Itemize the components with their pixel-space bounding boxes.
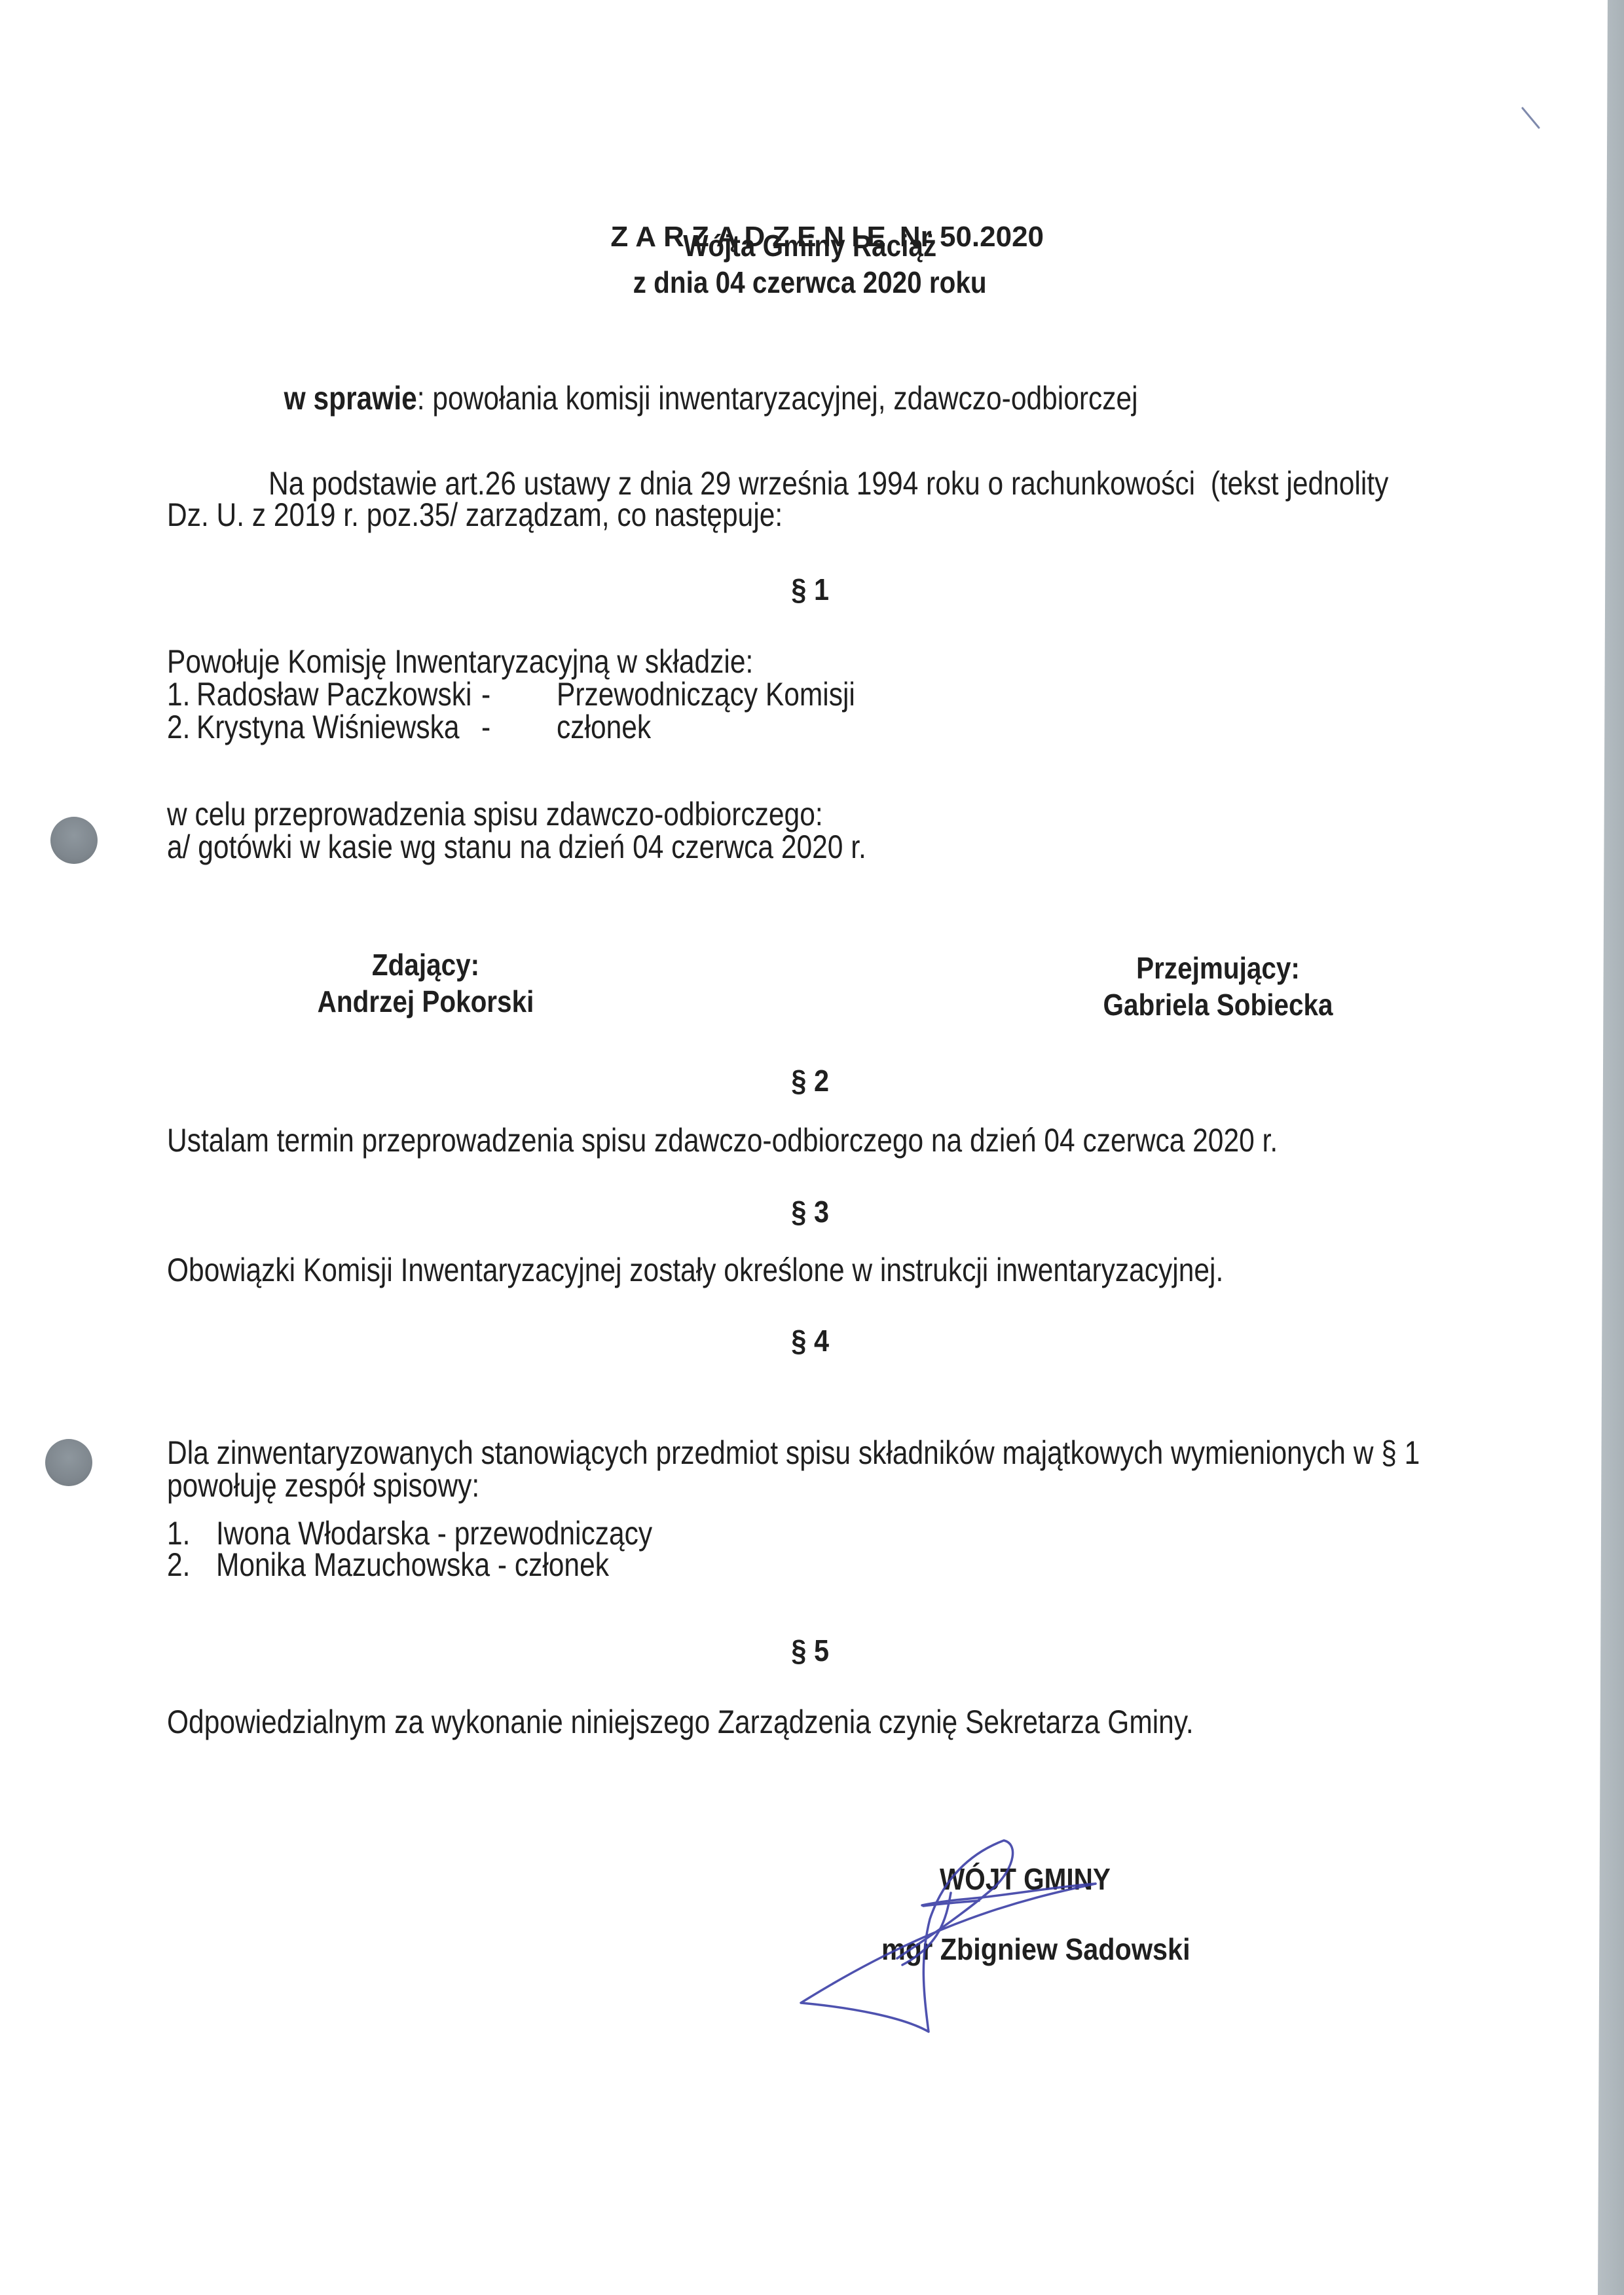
member-number: 2.: [167, 711, 190, 743]
section-4-text-line-2: powołuję zespół spisowy:: [167, 1469, 479, 1502]
section-4-text-line-1: Dla zinwentaryzowanych stanowiących prze…: [167, 1436, 1420, 1469]
section-1-heading: § 1: [79, 574, 1541, 605]
handover-receiver: Przejmujący: Gabriela Sobiecka: [1067, 953, 1369, 1020]
member-role: członek: [557, 711, 651, 743]
punch-hole-top: [50, 817, 98, 864]
member-name: Krystyna Wiśniewska: [196, 711, 459, 743]
scanner-edge-band: [1598, 0, 1624, 2295]
member-role: Przewodniczący Komisji: [557, 678, 855, 711]
giver-label: Zdający:: [304, 950, 547, 980]
signer-name: mgr Zbigniew Sadowski: [881, 1934, 1190, 1964]
signature-title: WÓJT GMINY: [940, 1864, 1111, 1894]
subject-separator: :: [417, 380, 425, 417]
punch-hole-bottom: [45, 1439, 92, 1486]
date-line: z dnia 04 czerwca 2020 roku: [95, 267, 1524, 297]
issuer-line: Wójta Gminy Raciąż: [95, 231, 1524, 261]
section-5-heading: § 5: [79, 1635, 1541, 1666]
section-2-heading: § 2: [79, 1066, 1541, 1096]
handover-giver: Zdający: Andrzej Pokorski: [288, 950, 563, 1017]
subject-label: w sprawie: [284, 380, 417, 417]
team-text: Monika Mazuchowska - członek: [216, 1548, 609, 1581]
member-dash: -: [481, 711, 490, 743]
purpose-line-2: a/ gotówki w kasie wg stanu na dzień 04 …: [167, 830, 866, 863]
section-5-text: Odpowiedzialnym za wykonanie niniejszego…: [167, 1706, 1194, 1738]
team-text: Iwona Włodarska - przewodniczący: [216, 1517, 652, 1550]
section-4-heading: § 4: [79, 1326, 1541, 1356]
stray-pen-mark: [1519, 105, 1545, 131]
subject-line: w sprawie: powołania komisji inwentaryza…: [268, 349, 1138, 415]
legal-basis-line-1: Na podstawie art.26 ustawy z dnia 29 wrz…: [268, 467, 1388, 500]
receiver-name: Gabriela Sobiecka: [1086, 990, 1351, 1020]
giver-name: Andrzej Pokorski: [304, 986, 547, 1017]
section-2-text: Ustalam termin przeprowadzenia spisu zda…: [167, 1124, 1278, 1157]
subject-text: powołania komisji inwentaryzacyjnej, zda…: [425, 380, 1138, 417]
team-number: 2.: [167, 1548, 190, 1581]
section-3-text: Obowiązki Komisji Inwentaryzacyjnej zost…: [167, 1254, 1223, 1286]
team-number: 1.: [167, 1517, 190, 1550]
member-dash: -: [481, 678, 490, 711]
receiver-label: Przejmujący:: [1086, 953, 1351, 983]
member-number: 1.: [167, 678, 190, 711]
legal-basis-line-2: Dz. U. z 2019 r. poz.35/ zarządzam, co n…: [167, 498, 783, 531]
purpose-line-1: w celu przeprowadzenia spisu zdawczo-odb…: [167, 798, 823, 830]
section-1-intro: Powołuje Komisję Inwentaryzacyjną w skła…: [167, 645, 753, 678]
section-3-heading: § 3: [79, 1197, 1541, 1227]
member-name: Radosław Paczkowski: [196, 678, 471, 711]
